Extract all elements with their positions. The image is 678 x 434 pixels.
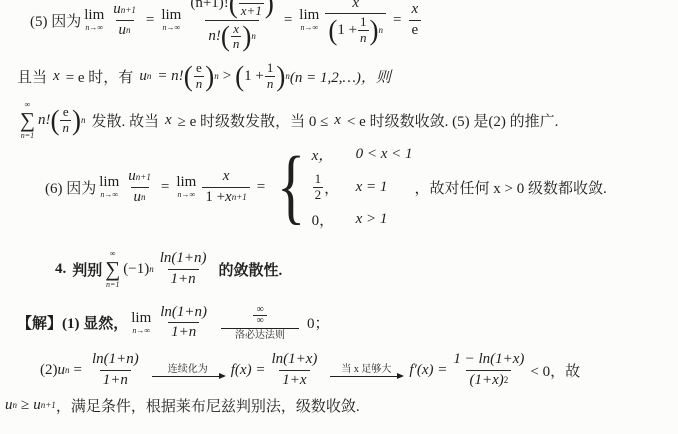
var-x: x (225, 189, 232, 206)
ratio-denominator: un (131, 187, 149, 207)
equals-sign: = (393, 12, 401, 29)
item-5-prefix: (5) 因为 (30, 10, 81, 31)
sub-n: n (141, 192, 146, 202)
equals-sign: = (161, 179, 169, 196)
right-paren: ) (205, 62, 214, 90)
frac-num: 1 − ln(1+x) (450, 350, 527, 369)
sum-lower-limit: n=1 (106, 281, 119, 289)
left-paren: ( (184, 62, 193, 90)
x-over-one-plus-inv-n-fraction: x ( 1 + 1 n ) n (325, 0, 386, 46)
left-brace-icon: { (277, 151, 305, 222)
inner-num: 1 (265, 61, 276, 75)
exponent-n-plus-1: n+1 (232, 192, 247, 202)
right-paren: ) (265, 0, 274, 18)
inner-den: n (358, 30, 369, 45)
inner-den: n (265, 76, 276, 91)
large-x-arrow: 当 x 足够大 (330, 364, 402, 377)
solution-line-5: (5) 因为 lim n→∞ un+1 un = lim n→∞ (n+1)! … (30, 0, 424, 54)
big-ratio-fraction: (n+1)! ( x x+1 ) n! ( x n ) n (187, 0, 277, 52)
one-plus: 1 + (205, 189, 225, 206)
right-paren: ) (242, 22, 251, 50)
inf-over-inf: ∞ ∞ (253, 305, 266, 326)
sub-n: n (147, 71, 152, 81)
frac-num: ln(1+x) (268, 350, 320, 369)
inner-den: n (60, 120, 71, 135)
solution-line-6: (6) 因为 lim n→∞ un+1 un = lim n→∞ x 1 + x… (45, 147, 607, 227)
one-plus: 1 + (337, 22, 357, 39)
inner-num: 1 (358, 15, 369, 29)
inner-num: e (61, 105, 71, 119)
var-u: u (113, 1, 121, 18)
case-1-value: x， (312, 144, 356, 165)
sub-n: n (126, 25, 131, 35)
frac-den: 1+x (279, 370, 309, 390)
piecewise-cases: { x， 0 < x < 1 1 2 ， x = 1 0， x > 1 (271, 144, 412, 230)
exponent-n: n (81, 115, 86, 125)
text-diverge-converge: ≥ e 时级数发散，当 0 ≤ (178, 110, 329, 131)
frac-den: 1+n (168, 322, 199, 342)
solution-part-2: (2) un = ln(1+n) 1+n 连续化为 f(x) = ln(1+x)… (40, 347, 580, 393)
problem-4: 4. 判别 ∞ ∑ n=1 (−1)n ln(1+n) 1+n 的敛散性. (55, 246, 282, 292)
f-prime-equals: f′(x) = (409, 362, 447, 379)
case-row-2: 1 2 ， x = 1 (312, 172, 413, 202)
left-paren: ( (235, 62, 244, 90)
n-factorial: n! (38, 112, 51, 129)
left-paren: ( (328, 16, 337, 44)
sub-n: n (65, 365, 70, 375)
x-over-one-plus-x-pow-fraction: x 1 + x n+1 (202, 167, 249, 207)
x-over-e-fraction: x e (409, 0, 422, 40)
limit-operator: lim n→∞ (161, 8, 181, 32)
lim-subscript: n→∞ (177, 191, 195, 199)
sub-n-plus-1: n+1 (136, 172, 151, 182)
frac-den: 1+n (100, 370, 131, 390)
lim-subscript: n→∞ (132, 327, 150, 335)
text-equals-e: = e 时，有 (66, 66, 134, 87)
case-3-condition: x > 1 (356, 211, 388, 228)
lim-word: lim (99, 175, 119, 190)
inf-bottom: ∞ (253, 315, 266, 326)
ln-fraction: ln(1+n) 1+n (157, 249, 210, 289)
text-convergence-question: 的敛散性. (218, 259, 282, 280)
sigma-icon: ∑ (105, 259, 120, 280)
sum-lower-limit: n=1 (21, 132, 34, 140)
exponent-n: n (214, 71, 219, 81)
arrow-line-icon (152, 376, 224, 377)
x-over-x-plus-1: x x+1 (239, 0, 264, 19)
arrow-label: 连续化为 (168, 364, 208, 375)
right-paren: ) (72, 106, 81, 134)
continuation-arrow: 连续化为 (152, 364, 224, 377)
equals-sign: = (74, 362, 82, 379)
problem-number: 4. (55, 261, 66, 278)
ratio-numerator: un+1 (125, 167, 154, 186)
equals-sign: = (257, 179, 265, 196)
one-over-n: 1 n (265, 61, 276, 91)
inner-num: 1 (313, 172, 324, 186)
lhopital-annotation: ∞ ∞ 洛必达法则 (221, 305, 299, 341)
limit-operator: lim n→∞ (299, 8, 319, 32)
mid-denominator: 1 + x n+1 (202, 187, 249, 207)
un-ratio-fraction: un+1 un (125, 167, 154, 207)
ln-fraction-x: ln(1+x) 1+x (268, 350, 320, 390)
lim-word: lim (161, 8, 181, 23)
case-2-condition: x = 1 (356, 179, 388, 196)
un-ratio-fraction: un+1 un (110, 0, 139, 40)
case-1-condition: 0 < x < 1 (356, 146, 413, 163)
result-den: e (409, 20, 422, 40)
ratio-numerator: un+1 (110, 0, 139, 19)
var-x: x (165, 112, 172, 129)
right-paren: ) (276, 62, 285, 90)
left-paren: ( (221, 22, 230, 50)
n-range-text: (n = 1,2,…)，则 (290, 66, 391, 87)
lim-subscript: n→∞ (100, 191, 118, 199)
inner-num: x (231, 22, 241, 36)
mid-numerator: x (220, 167, 233, 186)
lhopital-label: 洛必达法则 (235, 330, 285, 341)
big-denominator: n! ( x n ) n (205, 20, 259, 53)
line-when-x-equals-e: 且当 x = e 时，有 un = n! ( e n ) n > ( 1 + 1… (17, 55, 391, 97)
one-over-n: 1 n (358, 15, 369, 45)
mid-numerator: x (349, 0, 362, 13)
inner-den: x+1 (239, 3, 264, 18)
var-u: u (58, 362, 66, 379)
limit-operator: lim n→∞ (84, 8, 104, 32)
text-all-converge: ，故对任何 x > 0 级数都收敛. (415, 177, 607, 198)
var-u: u (139, 68, 147, 85)
frac-num: ln(1+n) (157, 249, 210, 268)
case-row-1: x， 0 < x < 1 (312, 144, 413, 165)
limit-operator: lim n→∞ (131, 311, 151, 335)
line-series-conclusion: ∞ ∑ n=1 n! ( e n ) n 发散. 故当 x ≥ e 时级数发散，… (17, 98, 558, 142)
mid-denominator: ( 1 + 1 n ) n (325, 13, 386, 46)
item-6-prefix: (6) 因为 (45, 177, 96, 198)
equals-sign: = (146, 12, 154, 29)
text-diverges: 发散. 故当 (91, 110, 159, 131)
case-rows: x， 0 < x < 1 1 2 ， x = 1 0， x > 1 (312, 144, 413, 230)
sigma-icon: ∑ (20, 110, 35, 131)
f-of-x-equals: f(x) = (231, 362, 266, 379)
e-over-n: e n (60, 105, 71, 135)
text-panbie: 判别 (72, 259, 102, 280)
text-qiedang: 且当 (17, 66, 47, 87)
inner-den: n (194, 76, 205, 91)
var-u: u (33, 397, 41, 414)
exponent-n: n (379, 25, 384, 35)
lim-word: lim (299, 8, 319, 23)
arrow-label: 当 x 足够大 (341, 364, 391, 375)
case-row-3: 0， x > 1 (312, 209, 413, 230)
var-u: u (5, 397, 13, 414)
geq-sign: ≥ (21, 397, 29, 414)
solution-label: 【解】(1) 显然， (17, 312, 128, 333)
left-paren: ( (50, 106, 59, 134)
ln-fraction: ln(1+n) 1+n (157, 303, 210, 343)
var-u: u (128, 168, 136, 185)
frac-num: ln(1+n) (157, 303, 210, 322)
frac-den: 1+n (168, 269, 199, 289)
frac-num: ln(1+n) (89, 350, 142, 369)
text-less-than-zero: < 0，故 (530, 360, 580, 381)
one-plus: 1 + (244, 68, 264, 85)
inner-num: e (194, 61, 204, 75)
part-2-prefix: (2) (40, 362, 58, 379)
x-over-n: x n (231, 22, 242, 52)
inner-den: 2 (313, 187, 324, 202)
sub-n-plus-1: n+1 (41, 400, 56, 410)
arrow-line-icon (330, 376, 402, 377)
comma: ， (324, 177, 339, 198)
e-over-n: e n (194, 61, 205, 91)
inf-top: ∞ (253, 305, 266, 315)
exponent-n: n (149, 264, 154, 274)
case-2-value: 1 2 ， (312, 172, 356, 202)
var-x: x (53, 68, 60, 85)
one-half: 1 2 (313, 172, 324, 202)
exponent-n: n (251, 31, 256, 41)
left-paren: ( (229, 0, 238, 18)
big-numerator: (n+1)! ( x x+1 ) (187, 0, 277, 20)
limit-operator: lim n→∞ (99, 175, 119, 199)
factorial-n-plus-1: (n+1)! (190, 0, 228, 12)
case-3-value: 0， (312, 209, 356, 230)
var-x: x (334, 112, 341, 129)
lim-subscript: n→∞ (300, 24, 318, 32)
base-one-plus-x: (1+x) (469, 372, 503, 389)
factorial-n: n! (208, 28, 221, 45)
conclusion-line: un ≥ un+1 ，满足条件，根据莱布尼兹判别法，级数收敛. (5, 394, 360, 416)
summation: ∞ ∑ n=1 (20, 101, 35, 140)
text-leibniz-conclusion: ，满足条件，根据莱布尼兹判别法，级数收敛. (56, 395, 360, 416)
lim-subscript: n→∞ (162, 24, 180, 32)
limit-operator: lim n→∞ (176, 175, 196, 199)
right-paren: ) (370, 16, 379, 44)
var-u: u (119, 22, 127, 39)
derivative-fraction: 1 − ln(1+x) (1+x) 2 (450, 350, 527, 390)
ln-fraction-n: ln(1+n) 1+n (89, 350, 142, 390)
ratio-denominator: un (116, 20, 134, 40)
equals-n-factorial: = n! (157, 68, 183, 85)
sub-n-plus-1: n+1 (121, 5, 136, 15)
lim-subscript: n→∞ (85, 24, 103, 32)
rule-bar (221, 328, 299, 329)
lim-word: lim (84, 8, 104, 23)
sub-n: n (13, 400, 18, 410)
negative-one: (−1) (123, 261, 149, 278)
frac-den: (1+x) 2 (466, 370, 511, 390)
solution-part-1: 【解】(1) 显然， lim n→∞ ln(1+n) 1+n ∞ ∞ 洛必达法则… (17, 300, 330, 345)
lim-word: lim (131, 311, 151, 326)
summation: ∞ ∑ n=1 (105, 250, 120, 289)
var-u: u (134, 189, 142, 206)
lim-word: lim (176, 175, 196, 190)
greater-than-sign: > (223, 68, 231, 85)
limit-result: 0； (307, 312, 330, 333)
equals-sign: = (284, 12, 292, 29)
exponent-2: 2 (504, 375, 509, 385)
text-generalization: < e 时级数收敛. (5) 是(2) 的推广. (347, 110, 558, 131)
result-num: x (409, 0, 422, 19)
inner-den: n (231, 36, 242, 51)
